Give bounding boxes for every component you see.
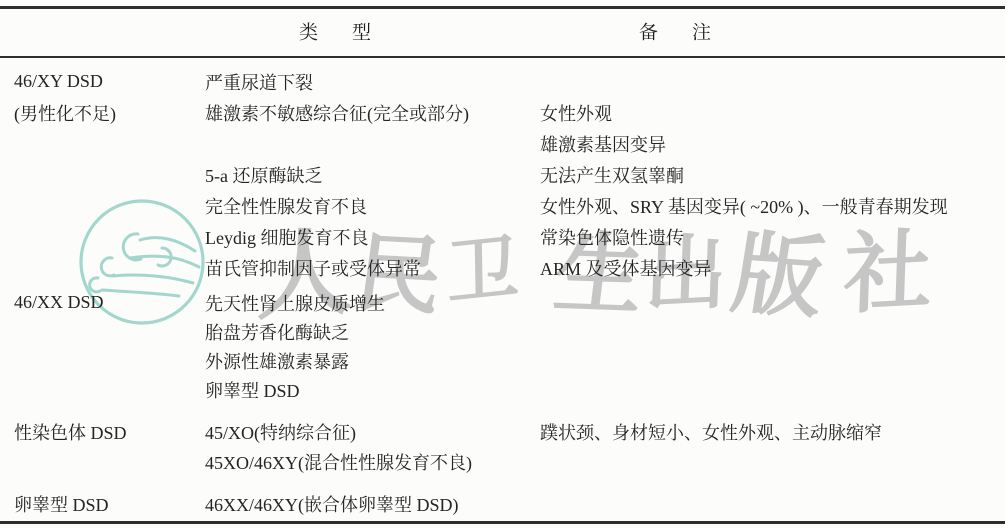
- type-cell: 胎盘芳香化酶缺乏: [205, 319, 540, 345]
- column-header-remark: 备注: [605, 18, 745, 45]
- remark-cell: 无法产生双氢睾酮: [540, 162, 1005, 188]
- category-cell: 性染色体 DSD: [14, 419, 205, 445]
- table-row: 外源性雄激素暴露: [14, 346, 1005, 375]
- type-cell: 先天性肾上腺皮质增生: [205, 290, 540, 316]
- category-cell: 46/XX DSD: [14, 292, 205, 313]
- type-cell: 46XX/46XY(嵌合体卵睾型 DSD): [205, 491, 540, 517]
- table-section: 卵睾型 DSD46XX/46XY(嵌合体卵睾型 DSD): [14, 489, 1005, 519]
- category-cell: 卵睾型 DSD: [14, 491, 205, 517]
- type-cell: 完全性性腺发育不良: [205, 193, 540, 219]
- table-bottom-rule: [0, 521, 1005, 524]
- document-table-page: 人民卫生出版社 类型 备注 46/XY DSD严重尿道下裂(男性化不足)雄激素不…: [0, 0, 1005, 528]
- table-section: 46/XY DSD严重尿道下裂(男性化不足)雄激素不敏感综合征(完全或部分)女性…: [14, 66, 1005, 283]
- table-header-rule: [0, 56, 1005, 58]
- type-cell: 苗氏管抑制因子或受体异常: [205, 255, 540, 281]
- table-row: 46/XY DSD严重尿道下裂: [14, 66, 1005, 97]
- remark-cell: 常染色体隐性遗传: [540, 224, 1005, 250]
- type-cell: 5-a 还原酶缺乏: [205, 162, 540, 188]
- table-row: 完全性性腺发育不良女性外观、SRY 基因变异( ~20% )、一般青春期发现: [14, 190, 1005, 221]
- table-row: 卵睾型 DSD46XX/46XY(嵌合体卵睾型 DSD): [14, 489, 1005, 519]
- table-row: 45XO/46XY(混合性性腺发育不良): [14, 447, 1005, 477]
- type-cell: 外源性雄激素暴露: [205, 348, 540, 374]
- table-row: 性染色体 DSD45/XO(特纳综合征)蹼状颈、身材短小、女性外观、主动脉缩窄: [14, 417, 1005, 447]
- remark-cell: 雄激素基因变异: [540, 131, 1005, 157]
- category-cell: (男性化不足): [14, 100, 205, 126]
- type-cell: 45/XO(特纳综合征): [205, 419, 540, 445]
- remark-cell: 女性外观: [540, 100, 1005, 126]
- table-row: 雄激素基因变异: [14, 128, 1005, 159]
- column-header-type: 类型: [265, 18, 405, 45]
- type-cell: 45XO/46XY(混合性性腺发育不良): [205, 449, 540, 475]
- remark-cell: ARM 及受体基因变异: [540, 255, 1005, 281]
- type-cell: 雄激素不敏感综合征(完全或部分): [205, 100, 540, 126]
- table-row: Leydig 细胞发育不良常染色体隐性遗传: [14, 221, 1005, 252]
- table-row: 5-a 还原酶缺乏无法产生双氢睾酮: [14, 159, 1005, 190]
- table-section: 46/XX DSD先天性肾上腺皮质增生胎盘芳香化酶缺乏外源性雄激素暴露卵睾型 D…: [14, 288, 1005, 404]
- table-row: 胎盘芳香化酶缺乏: [14, 317, 1005, 346]
- table-row: 苗氏管抑制因子或受体异常ARM 及受体基因变异: [14, 252, 1005, 283]
- table-body: 46/XY DSD严重尿道下裂(男性化不足)雄激素不敏感综合征(完全或部分)女性…: [14, 66, 1005, 519]
- table-row: 卵睾型 DSD: [14, 375, 1005, 404]
- type-cell: 卵睾型 DSD: [205, 377, 540, 403]
- type-cell: Leydig 细胞发育不良: [205, 224, 540, 250]
- table-row: 46/XX DSD先天性肾上腺皮质增生: [14, 288, 1005, 317]
- table-section: 性染色体 DSD45/XO(特纳综合征)蹼状颈、身材短小、女性外观、主动脉缩窄4…: [14, 417, 1005, 477]
- remark-cell: 女性外观、SRY 基因变异( ~20% )、一般青春期发现: [540, 193, 1005, 219]
- category-cell: 46/XY DSD: [14, 71, 205, 92]
- type-cell: 严重尿道下裂: [205, 69, 540, 95]
- remark-cell: 蹼状颈、身材短小、女性外观、主动脉缩窄: [540, 419, 1005, 445]
- table-row: (男性化不足)雄激素不敏感综合征(完全或部分)女性外观: [14, 97, 1005, 128]
- table-top-rule: [0, 6, 1005, 9]
